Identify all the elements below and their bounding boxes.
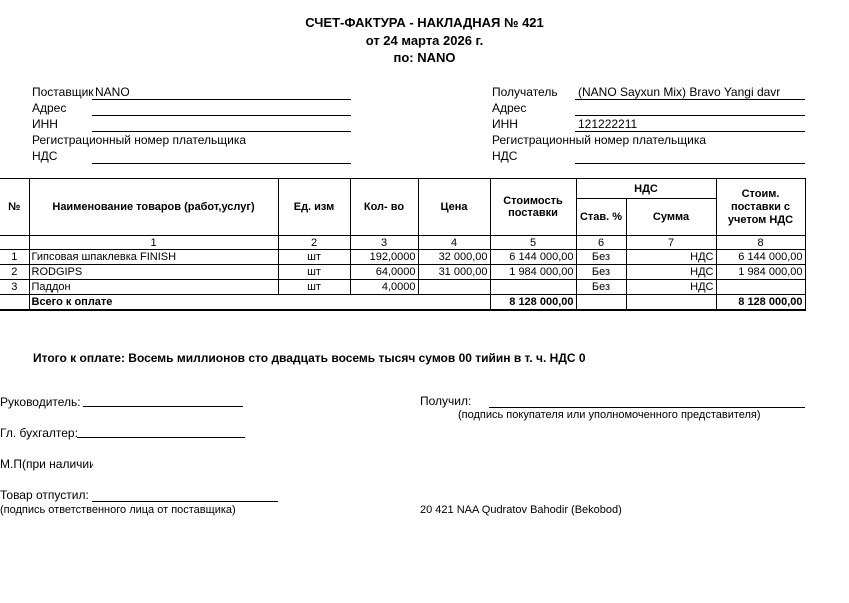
footer-code: 20 421 NAA Qudratov Bahodir (Bekobod) <box>420 504 622 516</box>
total-vat-sum-blank <box>626 295 716 311</box>
released-note: (подпись ответственного лица от поставщи… <box>0 504 236 516</box>
column-number: 5 <box>490 236 576 250</box>
row-vat-rate: Без <box>576 265 626 280</box>
column-number: 7 <box>626 236 716 250</box>
row-vat-sum: НДС <box>626 280 716 295</box>
recipient-inn: 121222211 <box>578 117 637 131</box>
total-vat-rate-blank <box>576 295 626 311</box>
received-label: Получил: <box>420 394 471 408</box>
header-qty: Кол- во <box>350 179 418 236</box>
total-no-blank <box>0 295 29 311</box>
released-label: Товар отпустил: <box>0 488 89 502</box>
row-total <box>716 280 805 295</box>
accountant-label: Гл. бухгалтер: <box>0 426 78 440</box>
document-date: от 24 марта 2026 г. <box>0 33 849 49</box>
row-no: 2 <box>0 265 29 280</box>
header-vat-sum: Сумма <box>626 199 716 236</box>
supplier-reg-label: Регистрационный номер плательщика <box>32 133 246 147</box>
column-number: 3 <box>350 236 418 250</box>
header-vat-rate: Став. % <box>576 199 626 236</box>
total-cost: 8 128 000,00 <box>490 295 576 311</box>
stamp-label: М.П(при наличии <box>0 457 93 471</box>
column-number: 1 <box>29 236 278 250</box>
row-cost <box>490 280 576 295</box>
table-row: 1 Гипсовая шпаклевка FINISH шт 192,0000 … <box>0 250 805 265</box>
row-no: 3 <box>0 280 29 295</box>
row-total: 6 144 000,00 <box>716 250 805 265</box>
row-price: 31 000,00 <box>418 265 490 280</box>
recipient-label: Получатель <box>492 85 558 99</box>
supplier-name: NANO <box>95 85 130 99</box>
column-number-blank <box>0 236 29 250</box>
row-price: 32 000,00 <box>418 250 490 265</box>
total-label: Всего к оплате <box>29 295 490 311</box>
column-number: 6 <box>576 236 626 250</box>
supplier-vat-label: НДС <box>32 149 57 163</box>
row-vat-sum: НДС <box>626 265 716 280</box>
document-title: СЧЕТ-ФАКТУРА - НАКЛАДНАЯ № 421 <box>0 15 849 31</box>
received-signature-line <box>489 407 805 408</box>
recipient-name-line <box>575 99 805 100</box>
header-name: Наименование товаров (работ,услуг) <box>29 179 278 236</box>
recipient-inn-label: ИНН <box>492 117 518 131</box>
row-unit: шт <box>278 250 350 265</box>
row-name: RODGIPS <box>29 265 278 280</box>
supplier-address-line <box>92 115 351 116</box>
row-qty: 4,0000 <box>350 280 418 295</box>
row-qty: 64,0000 <box>350 265 418 280</box>
recipient-address-label: Адрес <box>492 101 526 115</box>
column-numbers-row: 1 2 3 4 5 6 7 8 <box>0 236 805 250</box>
row-name: Гипсовая шпаклевка FINISH <box>29 250 278 265</box>
header-price: Цена <box>418 179 490 236</box>
recipient-address-line <box>575 115 805 116</box>
row-vat-rate: Без <box>576 250 626 265</box>
column-number: 2 <box>278 236 350 250</box>
column-number: 8 <box>716 236 805 250</box>
received-note: (подпись покупателя или уполномоченного … <box>458 409 761 421</box>
total-with-vat: 8 128 000,00 <box>716 295 805 311</box>
table-row: 3 Паддон шт 4,0000 Без НДС <box>0 280 805 295</box>
row-total: 1 984 000,00 <box>716 265 805 280</box>
row-no: 1 <box>0 250 29 265</box>
header-unit: Ед. изм <box>278 179 350 236</box>
released-signature-line <box>92 501 278 502</box>
recipient-inn-line <box>575 131 805 132</box>
recipient-vat-line <box>575 163 805 164</box>
row-cost: 6 144 000,00 <box>490 250 576 265</box>
table-row: 2 RODGIPS шт 64,0000 31 000,00 1 984 000… <box>0 265 805 280</box>
director-signature-line <box>83 406 243 407</box>
table-total-row: Всего к оплате 8 128 000,00 8 128 000,00 <box>0 295 805 311</box>
director-label: Руководитель: <box>0 395 81 409</box>
row-unit: шт <box>278 280 350 295</box>
row-unit: шт <box>278 265 350 280</box>
accountant-signature-line <box>77 437 245 438</box>
recipient-reg-label: Регистрационный номер плательщика <box>492 133 706 147</box>
row-price <box>418 280 490 295</box>
supplier-name-line <box>92 99 351 100</box>
header-no: № <box>0 179 29 236</box>
header-total-with-vat: Стоим. поставки с учетом НДС <box>716 179 805 236</box>
recipient-vat-label: НДС <box>492 149 517 163</box>
invoice-table: № Наименование товаров (работ,услуг) Ед.… <box>0 178 806 311</box>
supplier-inn-label: ИНН <box>32 117 58 131</box>
total-in-words: Итого к оплате: Восемь миллионов сто два… <box>33 351 586 365</box>
document-by: по: NANO <box>0 50 849 66</box>
header-cost: Стоимость поставки <box>490 179 576 236</box>
supplier-address-label: Адрес <box>32 101 66 115</box>
row-vat-sum: НДС <box>626 250 716 265</box>
row-vat-rate: Без <box>576 280 626 295</box>
recipient-name: (NANO Sayxun Mix) Bravo Yangi davr <box>578 85 780 99</box>
column-number: 4 <box>418 236 490 250</box>
row-qty: 192,0000 <box>350 250 418 265</box>
row-cost: 1 984 000,00 <box>490 265 576 280</box>
supplier-vat-line <box>92 163 351 164</box>
supplier-label: Поставщик <box>32 85 94 99</box>
header-vat-group: НДС <box>576 179 716 199</box>
table-header-row-1: № Наименование товаров (работ,услуг) Ед.… <box>0 179 805 199</box>
row-name: Паддон <box>29 280 278 295</box>
supplier-inn-line <box>92 131 351 132</box>
